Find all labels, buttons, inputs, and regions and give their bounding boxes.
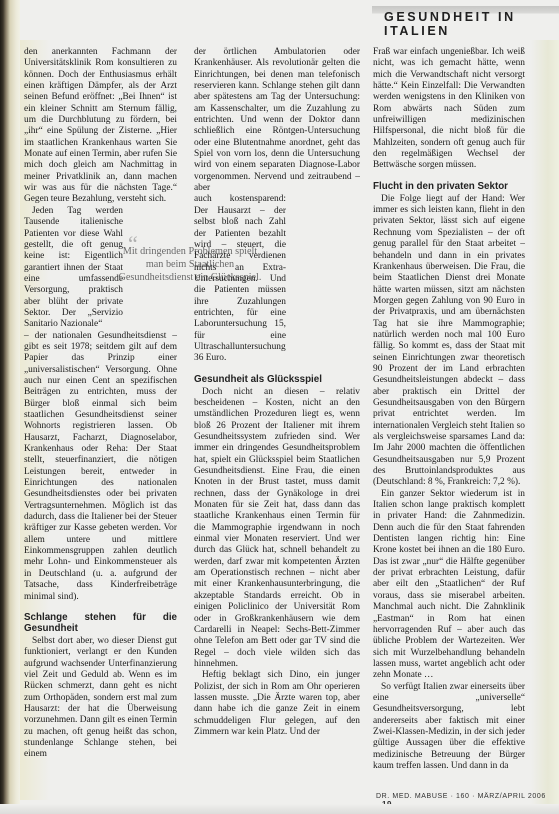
paragraph: Ein ganzer Sektor wiederum ist in Italie…	[373, 489, 525, 682]
page-right-margin	[531, 40, 559, 810]
article-column-3: Fraß war einfach ungenießbar. Ich weiß n…	[373, 47, 525, 772]
paragraph: der örtlichen Ambulatorien oder Krankenh…	[194, 47, 360, 194]
section-heading: Gesundheit als Glücksspiel	[194, 374, 360, 385]
paragraph: Die Folge liegt auf der Hand: Wer immer …	[373, 194, 525, 489]
article-column-2: der örtlichen Ambulatorien oder Krankenh…	[194, 47, 360, 738]
page-spine-shadow	[0, 0, 20, 814]
publication-name: DR. MED. MABUSE	[376, 793, 448, 800]
issue-date: MÄRZ/APRIL 2006	[478, 793, 546, 800]
paragraph: So verfügt Italien zwar einerseits über …	[373, 682, 525, 773]
paragraph: den anerkannten Fachmann der Universität…	[24, 47, 177, 206]
paragraph-wrapped-around-pullquote: Jeden Tag werden Tausende italienische P…	[24, 206, 123, 331]
section-heading: Flucht in den privaten Sektor	[373, 181, 525, 192]
page-bottom-edge	[0, 804, 559, 814]
paragraph: Selbst dort aber, wo dieser Dienst gut f…	[24, 636, 177, 761]
paragraph: Fraß war einfach ungenießbar. Ich weiß n…	[373, 47, 525, 172]
section-heading: Schlange stehen für die Gesundheit	[24, 612, 177, 634]
article-column-1: den anerkannten Fachmann der Universität…	[24, 47, 177, 761]
paragraph: Heftig beklagt sich Dino, ein junger Pol…	[194, 670, 360, 738]
paragraph: Doch nicht an diesen – relativ bescheide…	[194, 387, 360, 671]
paragraph: – der nationalen Gesundheitsdienst – gib…	[24, 331, 177, 603]
running-head: GESUNDHEIT IN ITALIEN	[384, 10, 559, 38]
paragraph-wrapped-around-pullquote: auch kostensparend: Der Hausarzt – der s…	[194, 194, 286, 364]
issue-number: 160	[456, 793, 469, 800]
